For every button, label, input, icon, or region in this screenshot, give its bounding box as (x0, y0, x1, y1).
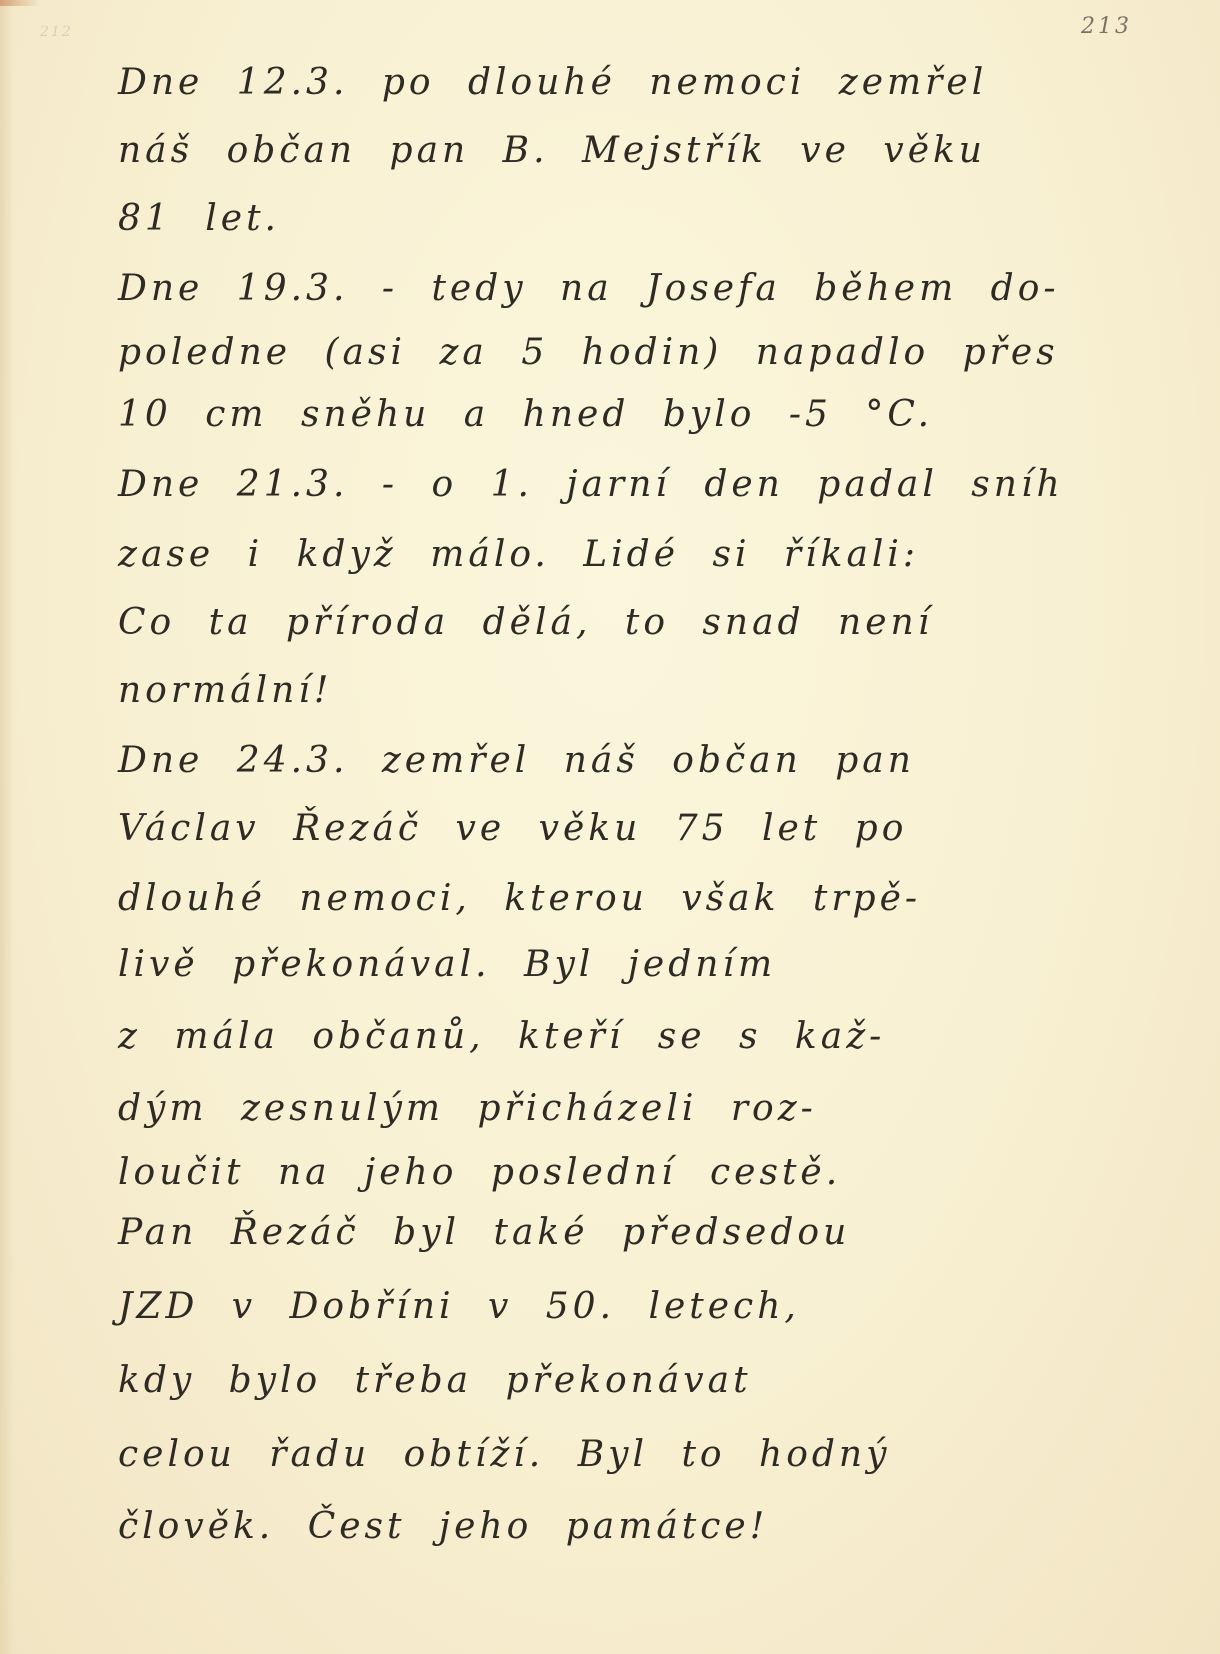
text-line: Dne 12.3. po dlouhé nemoci zemřel (118, 62, 987, 103)
text-line: Václav Řezáč ve věku 75 let po (118, 808, 907, 849)
text-line: loučit na jeho poslední cestě. (118, 1152, 841, 1193)
text-line: Pan Řezáč byl také předsedou (118, 1212, 850, 1253)
text-line: Co ta příroda dělá, to snad není (118, 602, 933, 643)
text-line: poledne (asi za 5 hodin) napadlo přes (118, 332, 1059, 373)
text-line: 10 cm sněhu a hned bylo -5 °C. (118, 394, 933, 435)
text-line: Dne 21.3. - o 1. jarní den padal sníh (118, 464, 1064, 505)
text-line: celou řadu obtíží. Byl to hodný (118, 1434, 890, 1475)
text-line: z mála občanů, kteří se s kaž- (118, 1016, 885, 1057)
text-line: livě překonával. Byl jedním (118, 944, 776, 985)
text-line: Dne 19.3. - tedy na Josefa během do- (118, 268, 1060, 309)
manuscript-page: 212 213 Dne 12.3. po dlouhé nemoci zemře… (0, 0, 1220, 1654)
text-line: Dne 24.3. zemřel náš občan pan (118, 740, 915, 781)
page-number: 213 (1081, 14, 1132, 39)
text-line: dlouhé nemoci, kterou však trpě- (118, 878, 921, 919)
text-line: normální! (118, 670, 332, 711)
text-line: náš občan pan B. Mejstřík ve věku (118, 130, 986, 171)
text-line: člověk. Čest jeho památce! (118, 1506, 768, 1547)
text-line: kdy bylo třeba překonávat (118, 1360, 752, 1401)
text-line: JZD v Dobříni v 50. letech, (118, 1286, 800, 1327)
faint-margin-mark: 212 (40, 24, 73, 40)
text-line: 81 let. (118, 198, 280, 239)
text-line: dým zesnulým přicházeli roz- (118, 1088, 817, 1129)
text-line: zase i když málo. Lidé si říkali: (118, 534, 919, 575)
